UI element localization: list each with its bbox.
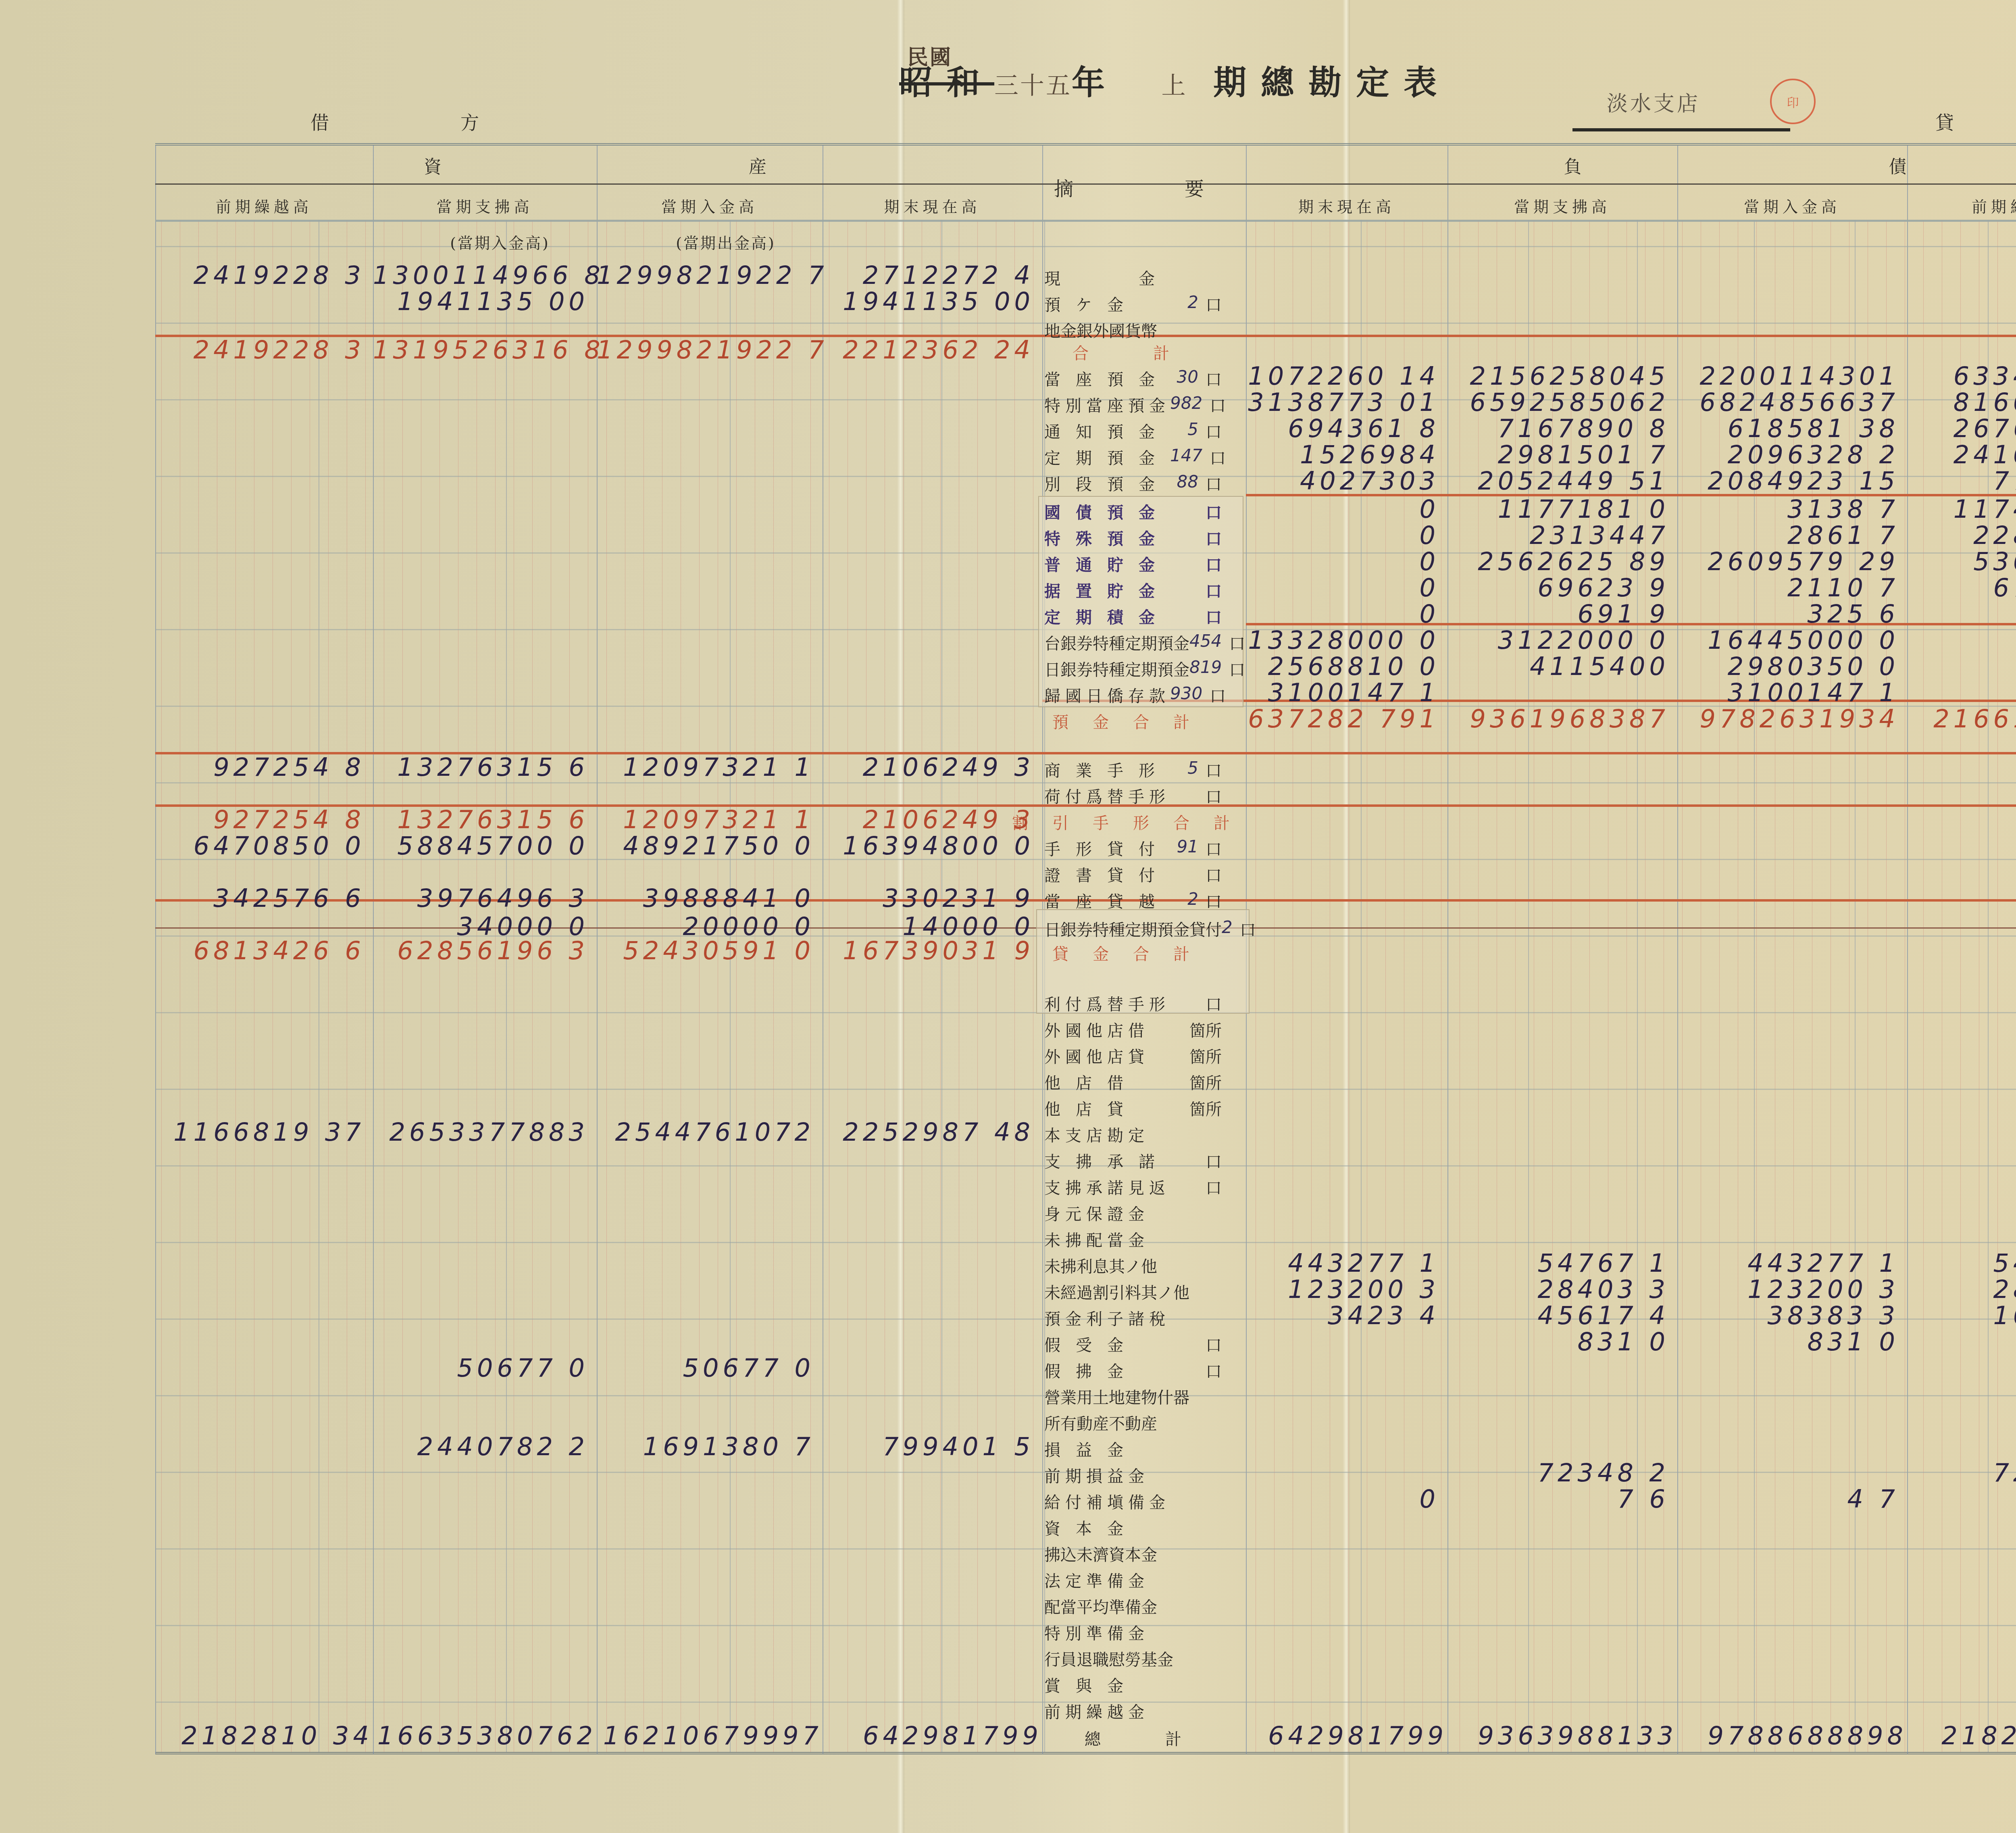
- unit-label: [1204, 1202, 1222, 1225]
- rule-line: [1014, 220, 1015, 1752]
- account-count: 454: [1189, 631, 1222, 654]
- liability-amount-cell: 3138 7: [1677, 494, 1899, 524]
- ledger-row-label: 證書貸付口: [1044, 863, 1222, 886]
- item-name: 合 計: [1073, 341, 1193, 364]
- liability-amount-cell: 38383 3: [1677, 1301, 1899, 1330]
- item-name: 資本金: [1044, 1516, 1139, 1539]
- total-liab-received: 9788688898: [1677, 1721, 1907, 1750]
- item-name: 當座預金: [1044, 367, 1170, 390]
- liability-amount-cell: 0: [1246, 547, 1439, 576]
- total-assets-received: 16210679997: [597, 1721, 823, 1750]
- item-name: 行員退職慰勞基金: [1044, 1647, 1173, 1670]
- unit-label: [1204, 1306, 1222, 1329]
- unit-label: 口: [1204, 500, 1222, 523]
- account-count: 5: [1187, 419, 1198, 442]
- unit-label: [1204, 1411, 1222, 1434]
- liability-amount-cell: 123200 3: [1677, 1275, 1899, 1304]
- unit-label: [1204, 1542, 1222, 1565]
- liability-amount-cell: 45617 4: [1447, 1301, 1669, 1330]
- item-name: 地金銀外國貨幣: [1044, 319, 1157, 342]
- rule-line: [773, 220, 774, 1752]
- liability-amount-cell: 2156258045: [1447, 361, 1669, 391]
- item-name: 給付補塡備金: [1044, 1490, 1170, 1513]
- liability-amount-cell: 0: [1246, 599, 1439, 629]
- item-name: 割引手形合計: [1012, 810, 1254, 833]
- item-name: 外國他店借: [1044, 1018, 1149, 1041]
- item-name: 法定準備金: [1044, 1568, 1149, 1591]
- col-subheader: (當期出金高): [629, 231, 823, 253]
- rule-line: [532, 220, 533, 1752]
- rule-line: [569, 220, 570, 1752]
- year-handwritten: 三十五: [994, 72, 1072, 100]
- ledger-row-label: 特別準備金: [1044, 1621, 1222, 1644]
- item-name: 拂込未濟資本金: [1044, 1542, 1157, 1565]
- liability-amount-cell: 3423 4: [1246, 1301, 1439, 1330]
- ledger-row-label: 他店借箇所: [1044, 1071, 1222, 1094]
- item-name: 特別當座預金: [1044, 393, 1170, 416]
- total-assets-brought-forward: 2182810 34: [155, 1721, 373, 1750]
- item-name: 他店貸: [1044, 1097, 1139, 1120]
- liability-amount-cell: 530466 0: [1907, 547, 2016, 576]
- liability-amount-cell: 2084923 15: [1677, 466, 1899, 496]
- item-name: 所有動産不動産: [1044, 1411, 1157, 1434]
- rule-line: [155, 782, 2016, 783]
- liability-amount-cell: 21661924 4: [1907, 704, 2016, 733]
- unit-label: [1204, 1228, 1222, 1251]
- ledger-row-label: 國債預金口: [1044, 500, 1222, 523]
- liability-amount-cell: 618581 38: [1677, 414, 1899, 443]
- liability-amount-cell: 2410871 9: [1907, 440, 2016, 469]
- account-count: 982: [1170, 393, 1202, 416]
- liability-amount-cell: 1174042 3: [1907, 494, 2016, 524]
- rule-line: [848, 220, 848, 1752]
- item-name: 損益金: [1044, 1437, 1139, 1460]
- rule-line: [235, 220, 236, 1752]
- item-name: 國債預金: [1044, 500, 1170, 523]
- item-name: 現 金: [1044, 266, 1170, 289]
- rule-line: [439, 220, 440, 1752]
- ledger-row-label: 貸金合計: [1044, 941, 1222, 964]
- ledger-row-label: 拂込未濟資本金: [1044, 1542, 1222, 1565]
- asset-amount-cell: 3988841 0: [597, 883, 814, 913]
- ledger-row-label: 支拂承諾口: [1044, 1149, 1222, 1172]
- asset-amount-cell: 3976496 3: [373, 883, 589, 913]
- col-subheader: (當期入金高): [403, 231, 597, 253]
- unit-label: 口: [1204, 992, 1222, 1015]
- page-title: 民國 昭和三十五年 上 期總勘定表: [899, 56, 1451, 104]
- ledger-row-label: 前期損益金: [1044, 1464, 1222, 1487]
- rule-line: [941, 220, 942, 1752]
- liability-amount-cell: 443277 1: [1677, 1248, 1899, 1278]
- ledger-row-label: 損益金: [1044, 1437, 1222, 1460]
- ledger-row-label: 身元保證金: [1044, 1202, 1222, 1225]
- rule-line: [402, 220, 403, 1752]
- unit-label: [1204, 1437, 1222, 1460]
- ledger-row-label: 定期預金147口: [1044, 446, 1222, 469]
- item-name: 假拂金: [1044, 1359, 1139, 1382]
- item-name: 配當平均準備金: [1044, 1595, 1157, 1618]
- asset-amount-cell: 1941135 00: [373, 287, 589, 316]
- asset-amount-cell: 1941135 00: [823, 287, 1034, 316]
- rule-line: [217, 220, 217, 1752]
- rule-line: [792, 220, 792, 1752]
- liability-amount-cell: 72348 2: [1907, 1458, 2016, 1487]
- ledger-row-label: 當座貸越2口: [1044, 889, 1222, 912]
- liability-amount-cell: 69623 9: [1447, 573, 1669, 602]
- rule-line: [1441, 220, 1441, 1752]
- item-name: 營業用土地建物什器: [1044, 1385, 1189, 1408]
- item-name: 貸金合計: [1052, 941, 1214, 964]
- unit-label: [1204, 1621, 1222, 1644]
- rule-line: [588, 220, 588, 1752]
- liability-amount-cell: 4 7: [1677, 1484, 1899, 1514]
- asset-amount-cell: 13276315 6: [373, 752, 589, 782]
- rule-line: [551, 220, 551, 1752]
- total-assets-paid: 16635380762: [373, 1721, 597, 1750]
- liability-amount-cell: 1177181 0: [1447, 494, 1669, 524]
- liability-amount-cell: 67513 8: [1907, 573, 2016, 602]
- asset-amount-cell: 2440782 2: [373, 1432, 589, 1461]
- item-name: 商業手形: [1044, 758, 1170, 781]
- item-name: 日銀券特種定期預金: [1044, 657, 1189, 680]
- asset-amount-cell: 1299821922 7: [597, 260, 814, 290]
- branch-name: 淡水支店: [1607, 87, 1700, 117]
- col-header: 當期支拂高: [1447, 194, 1677, 217]
- liability-amount-cell: 691 9: [1447, 599, 1669, 629]
- liability-amount-cell: 2562625 89: [1447, 547, 1669, 576]
- rule-line: [514, 220, 514, 1752]
- asset-amount-cell: 1691380 7: [597, 1432, 814, 1461]
- asset-amount-cell: 2419228 3: [155, 260, 365, 290]
- liability-amount-cell: 28403 3: [1907, 1275, 2016, 1304]
- rule-line: [644, 220, 644, 1752]
- ledger-row-label: 別段預金88口: [1044, 472, 1222, 495]
- account-count: 30: [1177, 367, 1198, 390]
- liability-amount-cell: 2110 7: [1677, 573, 1899, 602]
- rule-line: [477, 220, 477, 1752]
- col-header: 期末現在高: [823, 194, 1042, 217]
- ledger-row-label: 現 金: [1044, 266, 1222, 289]
- account-count: 147: [1170, 446, 1202, 469]
- rule-line: [319, 220, 319, 1752]
- rule-line: [903, 220, 904, 1752]
- rule-line: [885, 220, 885, 1752]
- asset-amount-cell: 12097321 1: [597, 752, 814, 782]
- asset-amount-cell: 50677 0: [373, 1353, 589, 1383]
- rule-line: [606, 220, 607, 1752]
- ledger-row-label: 歸國日僑存款930口: [1044, 683, 1222, 706]
- item-name: 外國他店貸: [1044, 1044, 1149, 1067]
- account-count: 2: [1222, 917, 1233, 940]
- total-liab-brought-forward: 2182810 34: [1907, 1721, 2016, 1750]
- unit-label: [1204, 1254, 1222, 1277]
- asset-amount-cell: 13276315 6: [373, 805, 589, 834]
- asset-amount-cell: 799401 5: [823, 1432, 1034, 1461]
- col-header: 當期入金高: [1677, 194, 1907, 217]
- rule-line: [699, 220, 700, 1752]
- rule-line: [328, 220, 329, 1752]
- asset-amount-cell: 1299821922 7: [597, 335, 814, 365]
- liability-amount-cell: 4115400: [1447, 652, 1669, 681]
- rule-line: [180, 220, 180, 1752]
- ledger-row-label: 配當平均準備金: [1044, 1595, 1222, 1618]
- item-name: 荷付爲替手形: [1044, 784, 1170, 807]
- item-name: 特殊預金: [1044, 526, 1170, 549]
- ledger-row-label: 假受金口: [1044, 1333, 1222, 1356]
- liability-amount-cell: 1526984: [1246, 440, 1439, 469]
- asset-amount-cell: 2544761072: [597, 1117, 814, 1147]
- asset-amount-cell: 2252987 48: [823, 1117, 1034, 1147]
- liability-amount-cell: 77493 9: [1907, 466, 2016, 496]
- liability-amount-cell: 267643 88: [1907, 414, 2016, 443]
- item-name: 普通貯金: [1044, 552, 1170, 575]
- unit-label: 口: [1238, 917, 1256, 940]
- rule-line: [365, 220, 366, 1752]
- liability-amount-cell: 2313447: [1447, 521, 1669, 550]
- liability-amount-cell: 7167890 8: [1447, 414, 1669, 443]
- item-name: 前期繰越金: [1044, 1700, 1149, 1723]
- summary-header: 摘 要: [1044, 173, 1238, 201]
- unit-label: [1204, 1464, 1222, 1487]
- total-liab-paid: 9363988133: [1447, 1721, 1677, 1750]
- asset-amount-cell: 6470850 0: [155, 831, 365, 860]
- era-correction: 民國: [907, 40, 952, 71]
- item-name: 證書貸付: [1044, 863, 1170, 886]
- unit-label: 口: [1204, 1333, 1222, 1356]
- unit-label: 口: [1204, 552, 1222, 575]
- rule-line: [866, 220, 866, 1752]
- asset-amount-cell: 1166819 37: [155, 1117, 365, 1147]
- total-assets-balance: 642981799: [823, 1721, 1042, 1750]
- rule-line: [1905, 220, 1905, 1752]
- ledger-row-label: 營業用土地建物什器: [1044, 1385, 1222, 1408]
- ledger-row-label: 資本金: [1044, 1516, 1222, 1539]
- liability-amount-cell: 637282 791: [1246, 704, 1439, 733]
- unit-label: 箇所: [1189, 1071, 1222, 1094]
- liability-amount-cell: 831 0: [1677, 1327, 1899, 1356]
- liability-amount-cell: 4027303: [1246, 466, 1439, 496]
- rule-line: [495, 220, 496, 1752]
- rule-line: [829, 220, 829, 1752]
- item-name: 身元保證金: [1044, 1202, 1149, 1225]
- rule-line: [959, 220, 959, 1752]
- unit-label: [1204, 1490, 1222, 1513]
- col-header: 當期支拂高: [373, 194, 597, 217]
- ledger-row-label: 日銀券特種定期預金819口: [1044, 657, 1222, 680]
- ledger-row-label: 支拂承諾見返口: [1044, 1175, 1222, 1198]
- ledger-row-label: 所有動産不動産: [1044, 1411, 1222, 1434]
- unit-label: [1204, 1568, 1222, 1591]
- item-name: 未拂配當金: [1044, 1228, 1149, 1251]
- ledger-row-label: 地金銀外國貨幣: [1044, 319, 1222, 342]
- ledger-row-label: 假拂金口: [1044, 1359, 1222, 1382]
- col-header: 前期繰越高: [155, 194, 373, 217]
- rule-line: [310, 220, 310, 1752]
- liability-amount-cell: 228483 0: [1907, 521, 2016, 550]
- item-name: 本支店勘定: [1044, 1123, 1149, 1146]
- unit-label: [1204, 1123, 1222, 1146]
- unit-label: [1204, 1647, 1222, 1670]
- ledger-row-label: 定期積金口: [1044, 605, 1222, 628]
- item-name: 預ケ金: [1044, 292, 1139, 315]
- unit-label: 口: [1208, 683, 1226, 706]
- liability-amount-cell: 3122000 0: [1447, 625, 1669, 655]
- title-text: 期總勘定表: [1213, 63, 1451, 102]
- unit-label: 箇所: [1189, 1044, 1222, 1067]
- rule-line: [198, 220, 199, 1752]
- unit-label: [1204, 1385, 1222, 1408]
- liability-amount-cell: 2980350 0: [1677, 652, 1899, 681]
- ledger-row-label: 特別當座預金982口: [1044, 393, 1222, 416]
- item-name: 當座貸越: [1044, 889, 1170, 912]
- liability-amount-cell: 2096328 2: [1677, 440, 1899, 469]
- rule-line: [161, 220, 162, 1752]
- asset-amount-cell: 16739031 9: [823, 936, 1034, 965]
- ledger-row-label: 未拂利息其ノ他: [1044, 1254, 1222, 1277]
- asset-amount-cell: 342576 6: [155, 883, 365, 913]
- ledger-row-label: 未拂配當金: [1044, 1228, 1222, 1251]
- asset-amount-cell: 2212362 24: [823, 335, 1034, 365]
- ledger-row-label: 利付爲替手形口: [1044, 992, 1222, 1015]
- liability-amount-cell: 2052449 51: [1447, 466, 1669, 496]
- asset-amount-cell: 1319526316 8: [373, 335, 589, 365]
- unit-label: [1204, 1595, 1222, 1618]
- asset-amount-cell: 16394800 0: [823, 831, 1034, 860]
- item-name: 利付爲替手形: [1044, 992, 1170, 1015]
- total-label-text: 總 計: [1085, 1727, 1181, 1750]
- item-name: 他店借: [1044, 1071, 1139, 1094]
- account-count: 930: [1170, 683, 1202, 706]
- liability-amount-cell: 0: [1246, 1484, 1439, 1514]
- ledger-row-label: 台銀券特種定期預金454口: [1044, 631, 1222, 654]
- item-name: 据置貯金: [1044, 579, 1170, 602]
- half-year: 上: [1162, 72, 1187, 100]
- item-name: 特別準備金: [1044, 1621, 1149, 1644]
- unit-label: 口: [1227, 631, 1245, 654]
- ledger-row-label: 當座預金30口: [1044, 367, 1222, 390]
- col-header: 前期繰越高: [1907, 194, 2016, 217]
- account-count: 5: [1187, 758, 1198, 781]
- unit-label: 口: [1204, 863, 1222, 886]
- total-liab-balance: 642981799: [1246, 1721, 1447, 1750]
- liability-amount-cell: 6824856637: [1677, 387, 1899, 417]
- rule-line: [506, 220, 507, 1752]
- unit-label: 口: [1204, 419, 1222, 442]
- ledger-row-label: 割引手形合計: [1044, 810, 1222, 833]
- rule-line: [421, 220, 421, 1752]
- unit-label: [1204, 1700, 1222, 1723]
- rule-line: [736, 220, 737, 1752]
- asset-amount-cell: 48921750 0: [597, 831, 814, 860]
- account-count: 2: [1187, 889, 1198, 912]
- unit-label: 口: [1208, 393, 1226, 416]
- liability-amount-cell: 9361968387: [1447, 704, 1669, 733]
- unit-label: 口: [1204, 1175, 1222, 1198]
- ledger-row-label: 未經過割引料其ノ他: [1044, 1280, 1222, 1303]
- liability-amount-cell: 3138773 01: [1246, 387, 1439, 417]
- liability-amount-cell: 54767 1: [1907, 1248, 2016, 1278]
- liability-amount-cell: 2609579 29: [1677, 547, 1899, 576]
- unit-label: 口: [1204, 472, 1222, 495]
- item-name: 定期預金: [1044, 446, 1170, 469]
- ledger-row-label: 普通貯金口: [1044, 552, 1222, 575]
- rule-line: [1033, 220, 1033, 1752]
- liability-amount-cell: 366 3: [1907, 599, 2016, 629]
- rule-line: [155, 220, 2016, 222]
- liability-amount-cell: 443277 1: [1246, 1248, 1439, 1278]
- ledger-bottom-rule: [155, 1752, 2016, 1758]
- rule-line: [458, 220, 458, 1752]
- ledger-row-label: 手形貸付91口: [1044, 837, 1222, 860]
- liability-amount-cell: 9782631934: [1677, 704, 1899, 733]
- unit-label: [1204, 319, 1222, 342]
- asset-amount-cell: 6813426 6: [155, 936, 365, 965]
- rule-line: [273, 220, 273, 1752]
- unit-label: 口: [1204, 367, 1222, 390]
- ledger-row-label: 前期繰越金: [1044, 1700, 1222, 1723]
- liability-amount-cell: 3100147 1: [1246, 678, 1439, 707]
- item-name: 支拂承諾見返: [1044, 1175, 1170, 1198]
- unit-label: [1204, 1673, 1222, 1696]
- rule-line: [922, 220, 922, 1752]
- unit-label: 口: [1204, 526, 1222, 549]
- rule-line: [347, 220, 347, 1752]
- account-count: 91: [1177, 837, 1198, 860]
- ledger-row-label: 行員退職慰勞基金: [1044, 1647, 1222, 1670]
- liability-amount-cell: 0: [1246, 573, 1439, 602]
- rule-line: [291, 220, 292, 1752]
- item-name: 假受金: [1044, 1333, 1139, 1356]
- liability-amount-cell: 72348 2: [1447, 1458, 1669, 1487]
- asset-amount-cell: 2106249 3: [823, 752, 1034, 782]
- item-name: 歸國日僑存款: [1044, 683, 1170, 706]
- unit-label: 口: [1204, 758, 1222, 781]
- rule-line: [254, 220, 254, 1752]
- asset-amount-cell: 2419228 3: [155, 335, 365, 365]
- liability-amount-cell: 7 6: [1447, 1484, 1669, 1514]
- asset-amount-cell: 927254 8: [155, 752, 365, 782]
- unit-label: 口: [1204, 784, 1222, 807]
- asset-amount-cell: 12097321 1: [597, 805, 814, 834]
- liability-amount-cell: 694361 8: [1246, 414, 1439, 443]
- ledger-row-label: 合 計: [1044, 341, 1222, 364]
- liability-amount-cell: 2200114301: [1677, 361, 1899, 391]
- liability-amount-cell: 2981501 7: [1447, 440, 1669, 469]
- liability-amount-cell: 0: [1246, 494, 1439, 524]
- unit-label: 口: [1204, 1149, 1222, 1172]
- asset-amount-cell: 2712272 4: [823, 260, 1034, 290]
- item-name: 日銀券特種定期預金貸付: [1044, 917, 1222, 940]
- year-label: 年: [1072, 63, 1119, 102]
- liability-amount-cell: 2568810 0: [1246, 652, 1439, 681]
- asset-amount-cell: 330231 9: [823, 883, 1034, 913]
- asset-amount-cell: 52430591 0: [597, 936, 814, 965]
- unit-label: 口: [1204, 605, 1222, 628]
- liability-amount-cell: 831 0: [1447, 1327, 1669, 1356]
- col-header: 期末現在高: [1246, 194, 1447, 217]
- item-name: 未拂利息其ノ他: [1044, 1254, 1157, 1277]
- unit-label: [1204, 266, 1222, 289]
- unit-label: 口: [1204, 1359, 1222, 1382]
- ledger-row-label: 荷付爲替手形口: [1044, 784, 1222, 807]
- rule-line: [940, 220, 941, 1752]
- ledger-row-label: 預ケ金2口: [1044, 292, 1222, 315]
- grand-total-label: 總 計: [1044, 1727, 1222, 1750]
- item-name: 台銀券特種定期預金: [1044, 631, 1189, 654]
- liability-amount-cell: 16445000 0: [1677, 625, 1899, 655]
- assets-header: 資 産: [155, 152, 1042, 178]
- ledger-row-label: 外國他店借箇所: [1044, 1018, 1222, 1041]
